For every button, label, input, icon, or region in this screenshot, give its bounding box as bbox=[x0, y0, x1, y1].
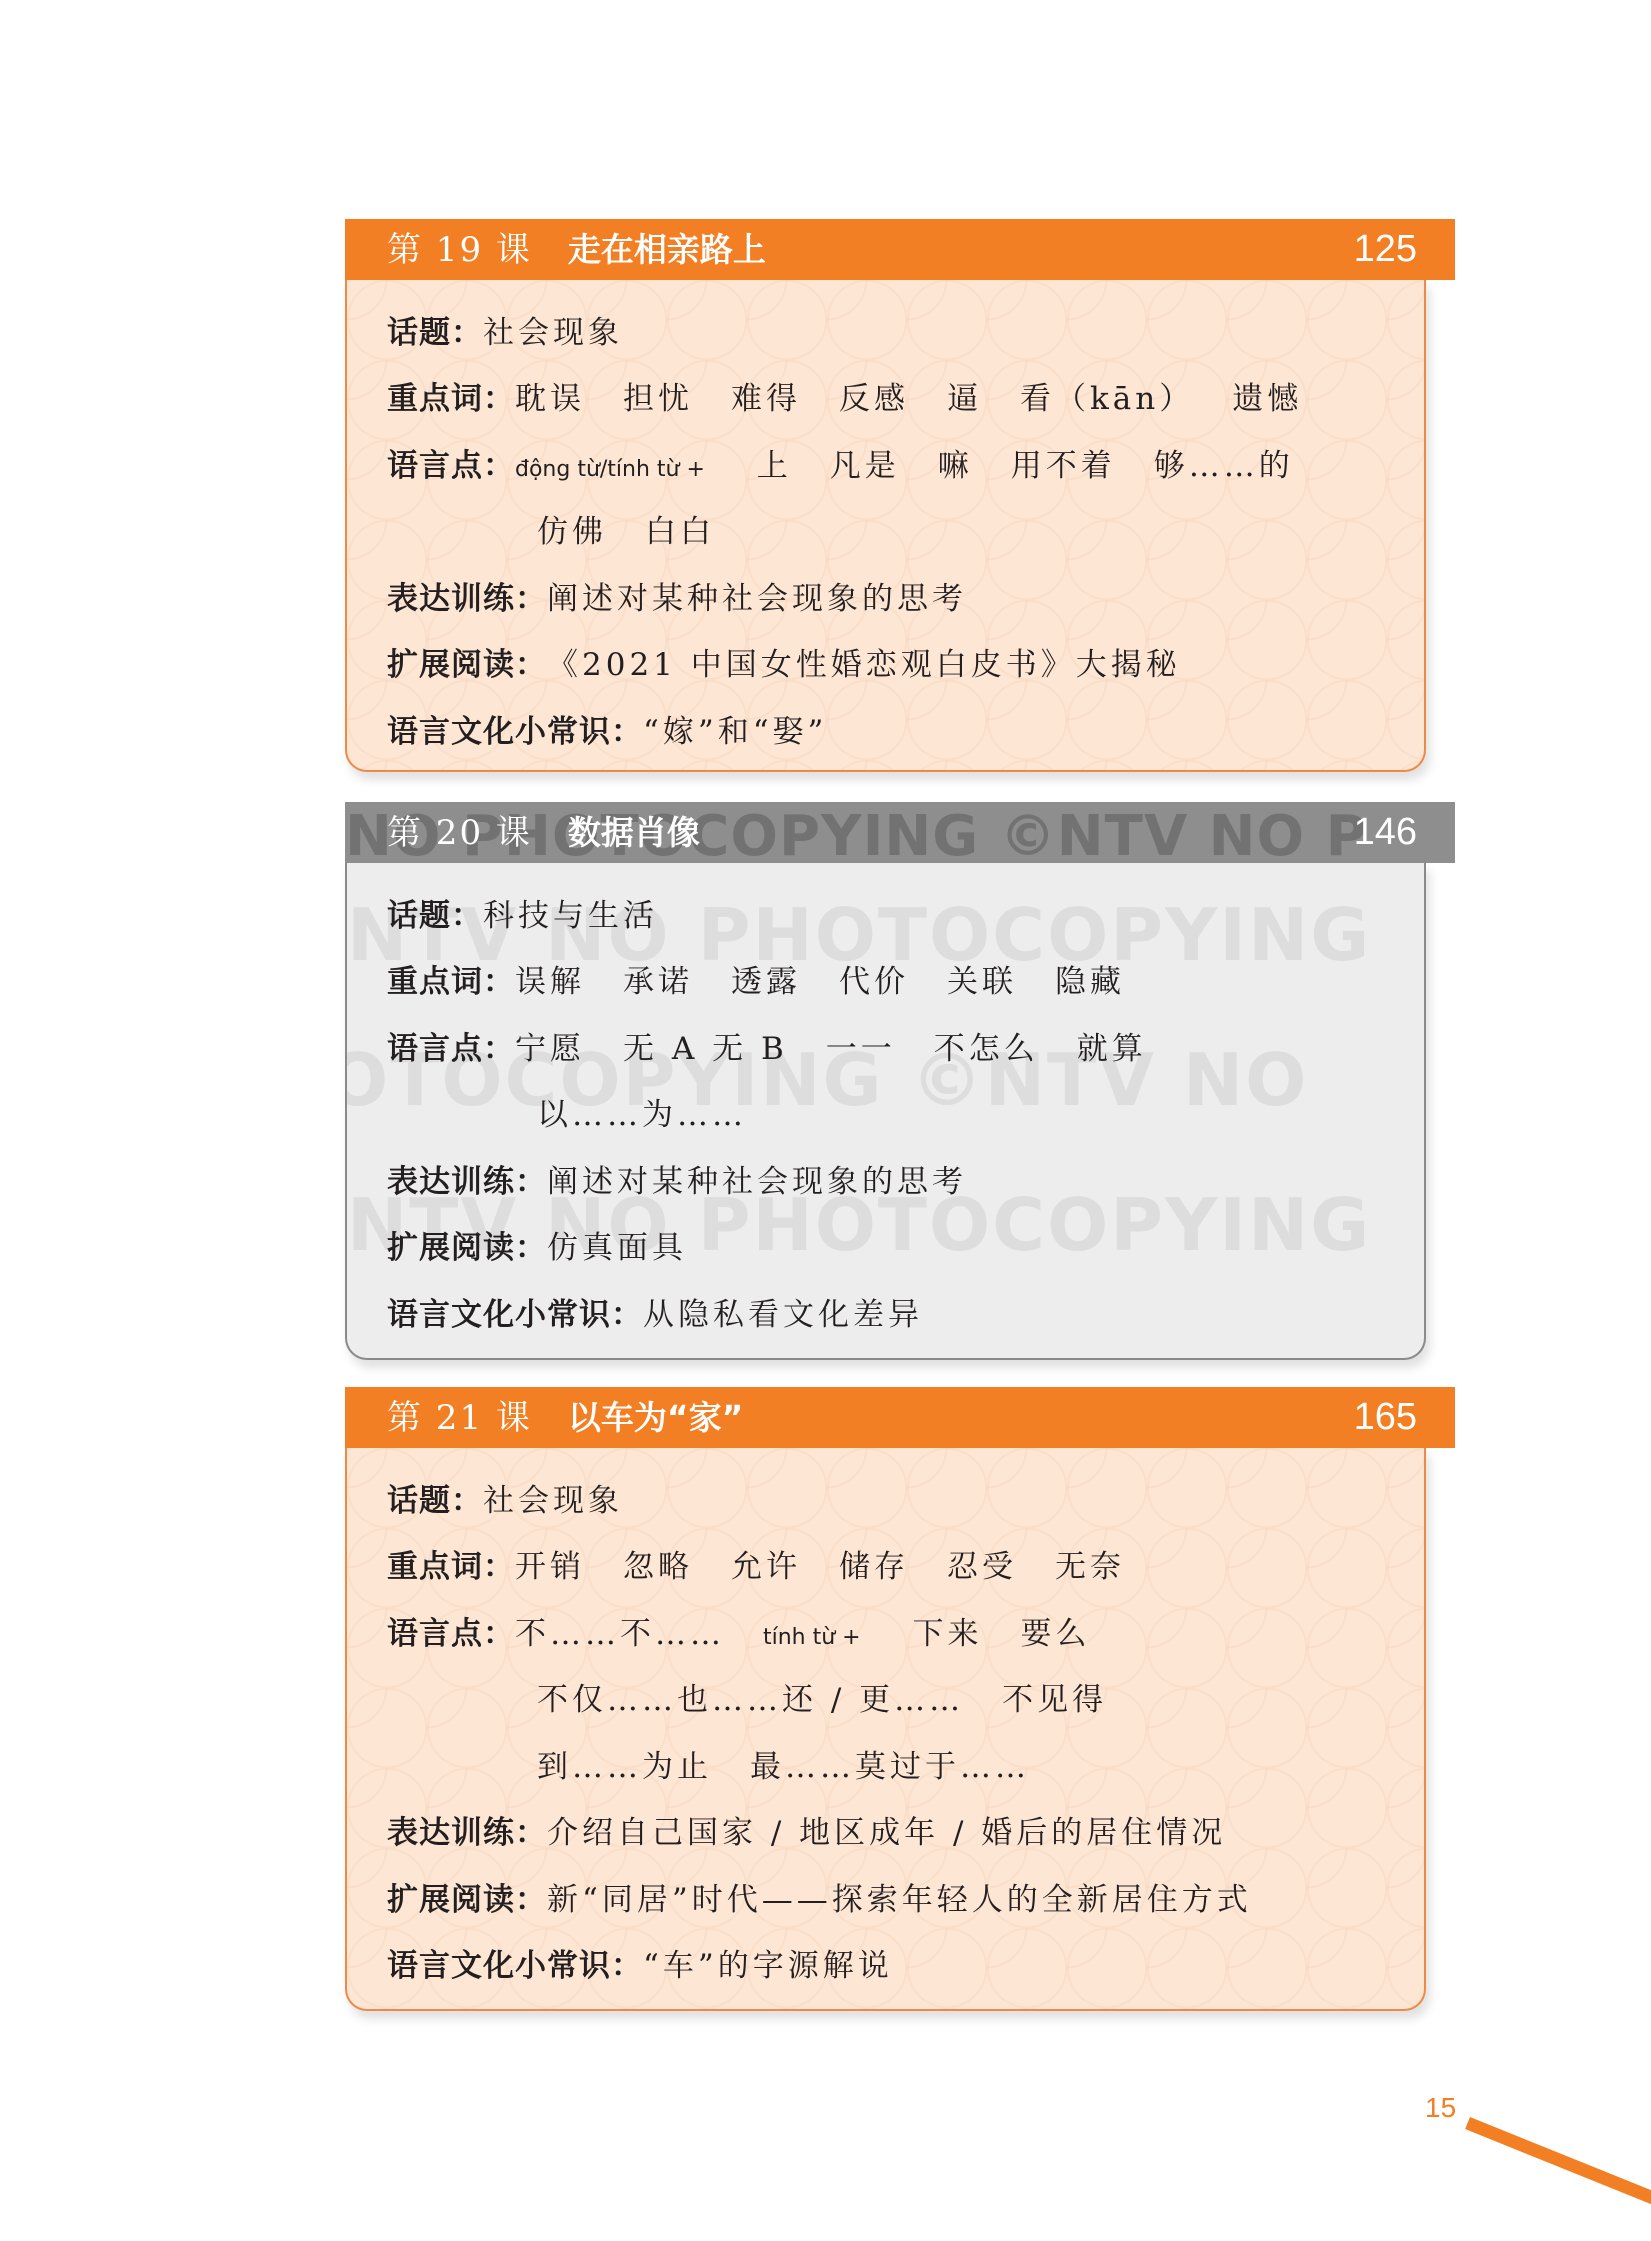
decorative-stripe bbox=[1465, 2117, 1651, 2215]
grammar-list: 到……为止 最……莫过于…… bbox=[537, 1741, 1068, 1786]
expression-value: 介绍自己国家 / 地区成年 / 婚后的居住情况 bbox=[547, 1807, 1226, 1852]
grammar-point: 到……为止 bbox=[537, 1741, 712, 1786]
reading-label: 扩展阅读： bbox=[387, 639, 547, 684]
reading-value: 新“同居”时代——探索年轻人的全新居住方式 bbox=[547, 1874, 1252, 1919]
keyword: 允许 bbox=[731, 1541, 801, 1586]
topic-label: 话题： bbox=[387, 307, 483, 352]
culture-label: 语言文化小常识： bbox=[387, 1289, 643, 1334]
grammar-point: tính từ + 下来 bbox=[763, 1608, 982, 1653]
lesson-title: 第 19 课 走在相亲路上 bbox=[387, 233, 766, 267]
keyword: 误解 bbox=[515, 956, 585, 1001]
grammar-list: 不仅……也……还 / 更…… 不见得 bbox=[537, 1674, 1145, 1719]
lesson-page-number: 146 bbox=[1354, 811, 1417, 854]
grammar-point: 不……不…… bbox=[515, 1608, 725, 1653]
keyword: 反感 bbox=[839, 373, 909, 418]
grammar-point: 最……莫过于…… bbox=[750, 1741, 1030, 1786]
grammar-point: 以……为…… bbox=[537, 1089, 747, 1134]
grammar-point: 仿佛 bbox=[537, 506, 607, 551]
grammar-point-latin: tính từ + bbox=[763, 1625, 861, 1650]
page-number: 15 bbox=[1425, 2092, 1456, 2124]
grammar-point: 要么 bbox=[1020, 1608, 1090, 1653]
keywords-row: 重点词： 耽误 担忧 难得 反感 逼 看（kān） 遗憾 bbox=[387, 363, 1424, 430]
topic-value: 社会现象 bbox=[483, 307, 623, 352]
expression-row: 表达训练： 阐述对某种社会现象的思考 bbox=[387, 1145, 1424, 1212]
grammar-point: 够……的 bbox=[1154, 440, 1294, 485]
grammar-point: động từ/tính từ + 上 bbox=[515, 440, 792, 485]
topic-label: 话题： bbox=[387, 1475, 483, 1520]
keyword: 隐藏 bbox=[1055, 956, 1125, 1001]
grammar-point: 无 A 无 B bbox=[623, 1023, 788, 1068]
grammar-row-continued: 仿佛 白白 bbox=[387, 496, 1424, 563]
grammar-point: 用不着 bbox=[1011, 440, 1116, 485]
keyword: 无奈 bbox=[1055, 1541, 1125, 1586]
reading-row: 扩展阅读： 《2021 中国女性婚恋观白皮书》大揭秘 bbox=[387, 629, 1424, 696]
lesson-number: 第 19 课 bbox=[387, 233, 532, 267]
expression-label: 表达训练： bbox=[387, 1807, 547, 1852]
lesson-card-20: NO PHOTOCOPYING ©NTV NO P 第 20 课 数据肖像 14… bbox=[345, 802, 1455, 1360]
topic-value: 科技与生活 bbox=[483, 890, 658, 935]
keyword: 看（kān） bbox=[1020, 373, 1194, 418]
lesson-card-19: 第 19 课 走在相亲路上 125 话题： 社会现象 重点词： 耽误 担忧 难得… bbox=[345, 219, 1455, 772]
reading-value: 《2021 中国女性婚恋观白皮书》大揭秘 bbox=[547, 639, 1181, 684]
grammar-point: 嘛 bbox=[938, 440, 973, 485]
keyword: 遗憾 bbox=[1232, 373, 1302, 418]
lesson-title: 第 20 课 数据肖像 bbox=[387, 816, 700, 850]
topic-row: 话题： 科技与生活 bbox=[387, 879, 1424, 946]
keywords-row: 重点词： 开销 忽略 允许 储存 忍受 无奈 bbox=[387, 1531, 1424, 1598]
culture-value: 从隐私看文化差异 bbox=[643, 1289, 923, 1334]
reading-label: 扩展阅读： bbox=[387, 1222, 547, 1267]
keyword: 透露 bbox=[731, 956, 801, 1001]
grammar-point: 就算 bbox=[1077, 1023, 1147, 1068]
keyword: 代价 bbox=[839, 956, 909, 1001]
grammar-point: 宁愿 bbox=[515, 1023, 585, 1068]
culture-row: 语言文化小常识： 从隐私看文化差异 bbox=[387, 1278, 1424, 1345]
keyword: 逼 bbox=[947, 373, 982, 418]
keyword: 难得 bbox=[731, 373, 801, 418]
lesson-name: 走在相亲路上 bbox=[568, 233, 766, 266]
grammar-row-continued: 不仅……也……还 / 更…… 不见得 bbox=[387, 1664, 1424, 1731]
culture-row: 语言文化小常识： “车”的字源解说 bbox=[387, 1930, 1424, 1997]
expression-label: 表达训练： bbox=[387, 573, 547, 618]
keyword: 担忧 bbox=[623, 373, 693, 418]
grammar-label: 语言点： bbox=[387, 440, 515, 485]
grammar-list: 仿佛 白白 bbox=[537, 506, 753, 551]
grammar-row: 语言点： 宁愿 无 A 无 B 一一 不怎么 就算 bbox=[387, 1012, 1424, 1079]
lesson-header: NO PHOTOCOPYING ©NTV NO P 第 20 课 数据肖像 14… bbox=[345, 802, 1455, 863]
keyword: 储存 bbox=[839, 1541, 909, 1586]
lesson-header: 第 21 课 以车为“家” 165 bbox=[345, 1387, 1455, 1448]
grammar-row: 语言点： động từ/tính từ + 上 凡是 嘛 用不着 够……的 bbox=[387, 429, 1424, 496]
keywords-row: 重点词： 误解 承诺 透露 代价 关联 隐藏 bbox=[387, 946, 1424, 1013]
keywords-label: 重点词： bbox=[387, 373, 515, 418]
keywords-label: 重点词： bbox=[387, 1541, 515, 1586]
grammar-point: 不仅……也……还 / 更…… bbox=[537, 1674, 964, 1719]
keyword: 开销 bbox=[515, 1541, 585, 1586]
grammar-list: 不……不…… tính từ + 下来 要么 bbox=[515, 1608, 1128, 1653]
lesson-body: 话题： 社会现象 重点词： 开销 忽略 允许 储存 忍受 无奈 语言点： 不……… bbox=[345, 1448, 1426, 2011]
expression-value: 阐述对某种社会现象的思考 bbox=[547, 573, 967, 618]
culture-value: “车”的字源解说 bbox=[643, 1940, 893, 1985]
reading-label: 扩展阅读： bbox=[387, 1874, 547, 1919]
grammar-list: động từ/tính từ + 上 凡是 嘛 用不着 够……的 bbox=[515, 440, 1332, 485]
lesson-page-number: 125 bbox=[1354, 228, 1417, 271]
topic-row: 话题： 社会现象 bbox=[387, 1464, 1424, 1531]
grammar-point-latin: động từ/tính từ + bbox=[515, 457, 705, 482]
keyword: 忽略 bbox=[623, 1541, 693, 1586]
grammar-point: 不见得 bbox=[1002, 1674, 1107, 1719]
expression-row: 表达训练： 阐述对某种社会现象的思考 bbox=[387, 562, 1424, 629]
expression-row: 表达训练： 介绍自己国家 / 地区成年 / 婚后的居住情况 bbox=[387, 1797, 1424, 1864]
lesson-card-21: 第 21 课 以车为“家” 165 话题： 社会现象 重点词： 开销 忽略 允许… bbox=[345, 1387, 1455, 2011]
lesson-title: 第 21 课 以车为“家” bbox=[387, 1401, 743, 1435]
grammar-point: 一一 bbox=[826, 1023, 896, 1068]
culture-value: “嫁”和“娶” bbox=[643, 706, 827, 751]
lesson-header: 第 19 课 走在相亲路上 125 bbox=[345, 219, 1455, 280]
grammar-list: 以……为…… bbox=[537, 1089, 785, 1134]
grammar-row: 语言点： 不……不…… tính từ + 下来 要么 bbox=[387, 1597, 1424, 1664]
grammar-label: 语言点： bbox=[387, 1023, 515, 1068]
lesson-body: 话题： 社会现象 重点词： 耽误 担忧 难得 反感 逼 看（kān） 遗憾 语言… bbox=[345, 280, 1426, 772]
topic-label: 话题： bbox=[387, 890, 483, 935]
keywords-list: 误解 承诺 透露 代价 关联 隐藏 bbox=[515, 956, 1163, 1001]
lesson-page-number: 165 bbox=[1354, 1396, 1417, 1439]
expression-label: 表达训练： bbox=[387, 1156, 547, 1201]
lesson-body: NTV NO PHOTOCOPYING OTOCOPYING ©NTV NO N… bbox=[345, 863, 1426, 1360]
expression-value: 阐述对某种社会现象的思考 bbox=[547, 1156, 967, 1201]
grammar-label: 语言点： bbox=[387, 1608, 515, 1653]
lesson-name: 以车为“家” bbox=[568, 1401, 743, 1434]
grammar-point: 不怎么 bbox=[934, 1023, 1039, 1068]
culture-label: 语言文化小常识： bbox=[387, 706, 643, 751]
reading-value: 仿真面具 bbox=[547, 1222, 687, 1267]
keyword: 承诺 bbox=[623, 956, 693, 1001]
topic-row: 话题： 社会现象 bbox=[387, 296, 1424, 363]
keyword: 耽误 bbox=[515, 373, 585, 418]
grammar-list: 宁愿 无 A 无 B 一一 不怎么 就算 bbox=[515, 1023, 1185, 1068]
keyword: 忍受 bbox=[947, 1541, 1017, 1586]
topic-value: 社会现象 bbox=[483, 1475, 623, 1520]
reading-row: 扩展阅读： 新“同居”时代——探索年轻人的全新居住方式 bbox=[387, 1863, 1424, 1930]
keywords-label: 重点词： bbox=[387, 956, 515, 1001]
keywords-list: 耽误 担忧 难得 反感 逼 看（kān） 遗憾 bbox=[515, 373, 1340, 418]
culture-label: 语言文化小常识： bbox=[387, 1940, 643, 1985]
culture-row: 语言文化小常识： “嫁”和“娶” bbox=[387, 695, 1424, 762]
grammar-point: 凡是 bbox=[830, 440, 900, 485]
lesson-number: 第 21 课 bbox=[387, 1401, 532, 1435]
grammar-point: 白白 bbox=[645, 506, 715, 551]
grammar-row-continued: 到……为止 最……莫过于…… bbox=[387, 1730, 1424, 1797]
grammar-row-continued: 以……为…… bbox=[387, 1079, 1424, 1146]
reading-row: 扩展阅读： 仿真面具 bbox=[387, 1212, 1424, 1279]
keyword: 关联 bbox=[947, 956, 1017, 1001]
lesson-number: 第 20 课 bbox=[387, 816, 532, 850]
lesson-name: 数据肖像 bbox=[568, 816, 700, 849]
keywords-list: 开销 忽略 允许 储存 忍受 无奈 bbox=[515, 1541, 1163, 1586]
